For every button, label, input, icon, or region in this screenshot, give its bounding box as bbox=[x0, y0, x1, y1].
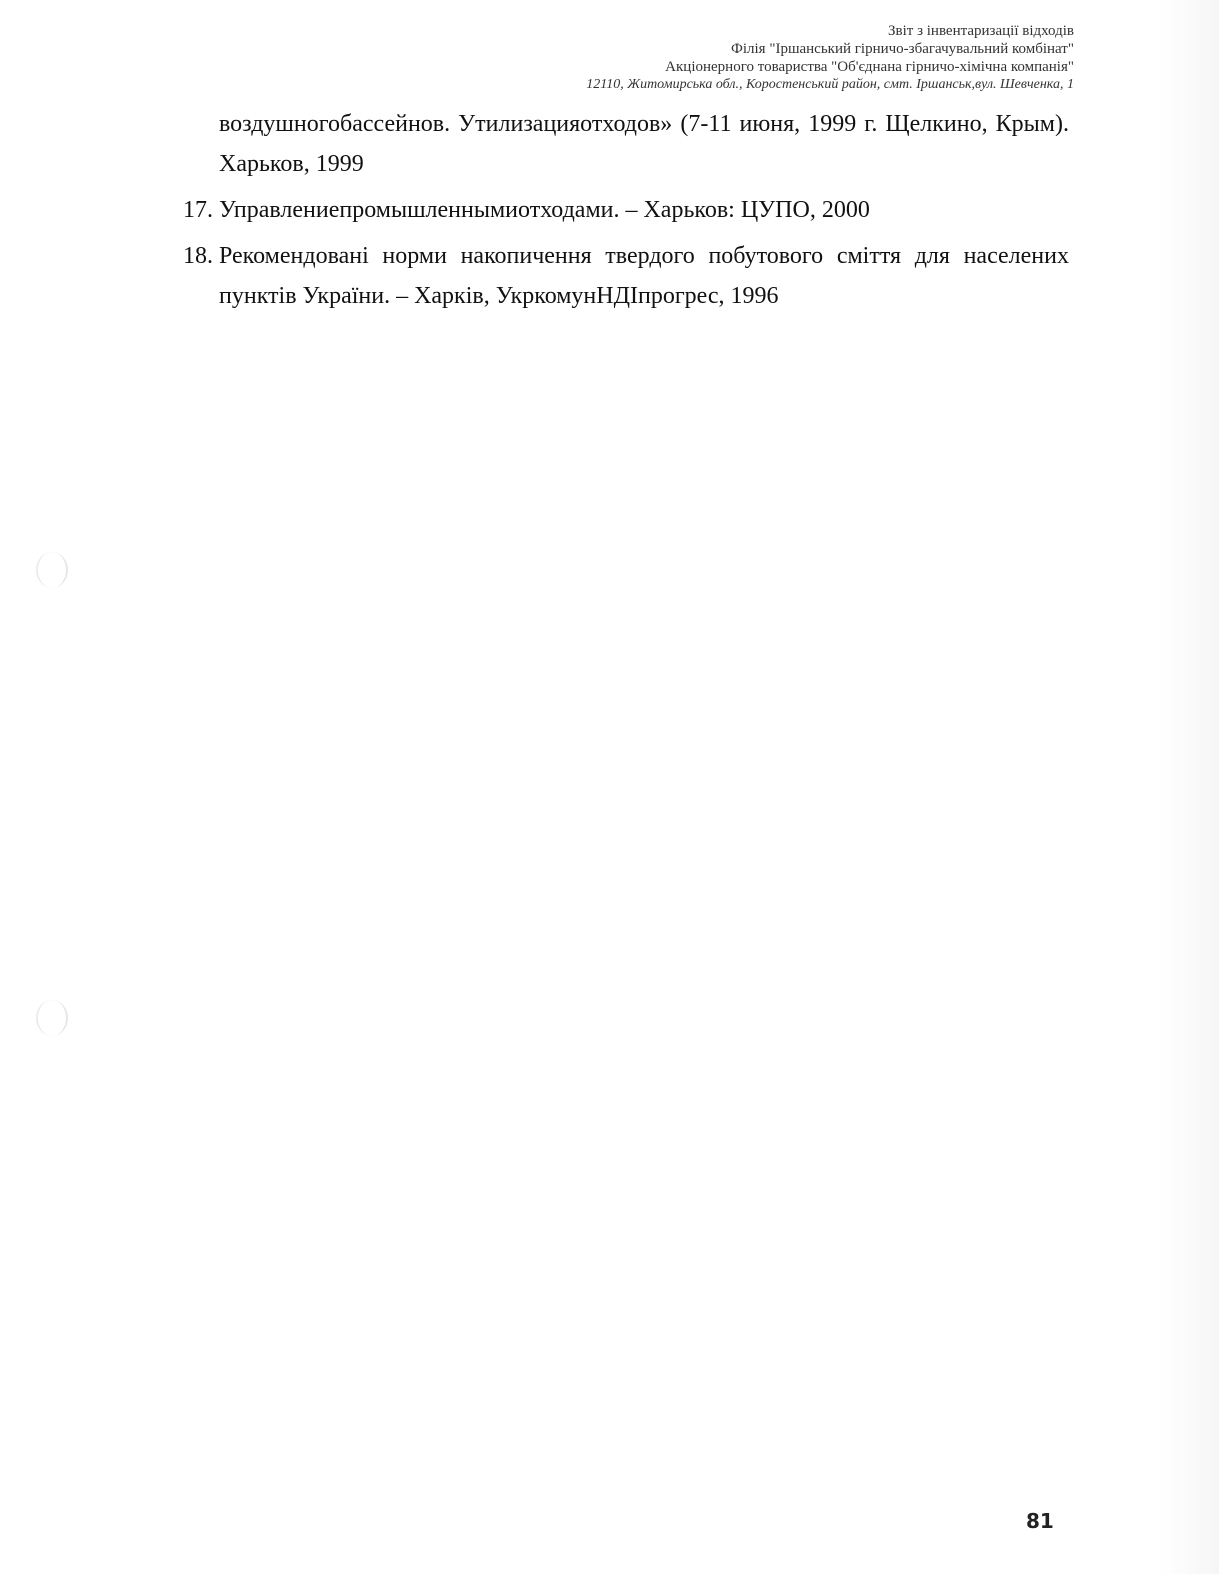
reference-continuation: воздушногобассейнов. Утилизацияотходов» … bbox=[183, 104, 1069, 184]
reference-list: воздушногобассейнов. Утилизацияотходов» … bbox=[183, 104, 1069, 316]
header-address: 12110, Житомирська обл., Коростенський р… bbox=[586, 76, 1074, 94]
header-company: Акціонерного товариства "Об'єднана гірни… bbox=[586, 58, 1074, 76]
page-number: 81 bbox=[1026, 1509, 1054, 1533]
continuation-line-2: Харьков, 1999 bbox=[219, 144, 1069, 184]
reference-item: 18. Рекомендовані норми накопичення твер… bbox=[183, 236, 1069, 316]
header-branch: Філія "Іршанський гірничо-збагачувальний… bbox=[586, 40, 1074, 58]
reference-number: 17. bbox=[183, 190, 219, 230]
reference-item: 17. Управлениепромышленнымиотходами. – Х… bbox=[183, 190, 1069, 230]
reference-text: Управлениепромышленнымиотходами. – Харьк… bbox=[219, 190, 1069, 230]
document-header: Звіт з інвентаризації відходів Філія "Ір… bbox=[586, 22, 1074, 94]
reference-text: Рекомендовані норми накопичення твердого… bbox=[219, 236, 1069, 316]
header-report-title: Звіт з інвентаризації відходів bbox=[586, 22, 1074, 40]
scan-edge-shadow bbox=[1159, 0, 1219, 1574]
reference-number: 18. bbox=[183, 236, 219, 316]
binder-hole bbox=[36, 1000, 68, 1036]
binder-hole bbox=[36, 552, 68, 588]
continuation-line-1: воздушногобассейнов. Утилизацияотходов» … bbox=[219, 104, 1069, 144]
